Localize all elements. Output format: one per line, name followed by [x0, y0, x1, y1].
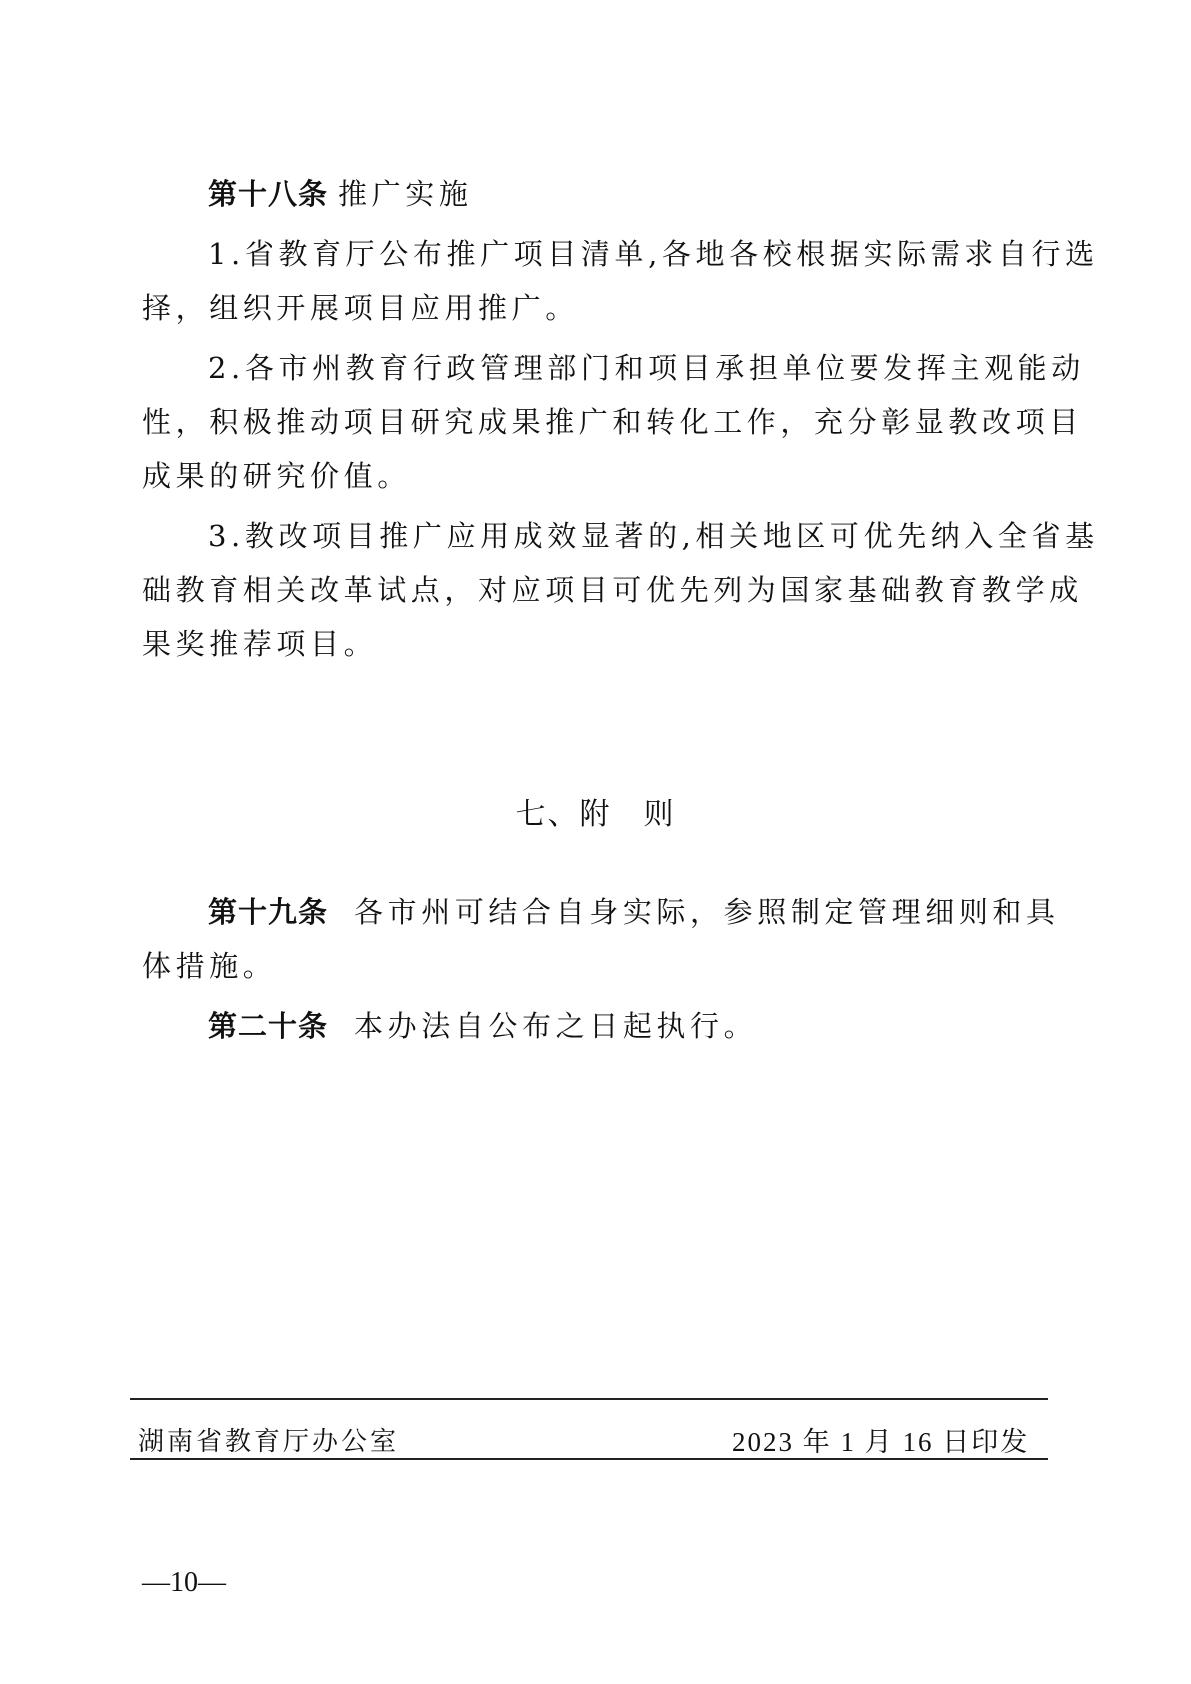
article-18-title: 推广实施 — [338, 177, 472, 211]
article-18-item-2-line-1: 2.各市州教育行政管理部门和项目承担单位要发挥主观能动 — [208, 348, 1128, 388]
document-page: 第十八条推广实施 1.省教育厅公布推广项目清单,各地各校根据实际需求自行选 择，… — [0, 0, 1191, 1684]
article-20-line: 第二十条本办法自公布之日起执行。 — [208, 1006, 1128, 1046]
article-18-number: 第十八条 — [208, 177, 328, 211]
footer-top-rule — [130, 1398, 1048, 1400]
article-18-item-1-line-1: 1.省教育厅公布推广项目清单,各地各校根据实际需求自行选 — [208, 234, 1128, 274]
article-18-item-3-line-2: 础教育相关改革试点，对应项目可优先列为国家基础教育教学成 — [142, 570, 1062, 610]
article-19-number: 第十九条 — [208, 895, 328, 929]
article-20-number: 第二十条 — [208, 1009, 328, 1043]
article-18-heading: 第十八条推广实施 — [208, 174, 1128, 214]
article-19-line-2: 体措施。 — [142, 946, 1062, 986]
footer-issuer: 湖南省教育厅办公室 — [138, 1424, 399, 1460]
article-18-item-3-line-3: 果奖推荐项目。 — [142, 624, 1062, 664]
article-18-item-2-line-3: 成果的研究价值。 — [142, 456, 1062, 496]
article-20-text: 本办法自公布之日起执行。 — [354, 1009, 757, 1043]
article-18-item-3-line-1: 3.教改项目推广应用成效显著的,相关地区可优先纳入全省基 — [208, 516, 1128, 556]
article-18-item-2-line-2: 性，积极推动项目研究成果推广和转化工作，充分彰显教改项目 — [142, 402, 1062, 442]
footer-issue-date: 2023 年 1 月 16 日印发 — [732, 1424, 1029, 1460]
footer-bottom-rule — [130, 1458, 1048, 1460]
section-heading: 七、附 则 — [0, 795, 1191, 835]
page-number: —10— — [142, 1565, 226, 1601]
article-19-text: 各市州可结合自身实际，参照制定管理细则和具 — [354, 895, 1060, 929]
article-19-line-1: 第十九条各市州可结合自身实际，参照制定管理细则和具 — [208, 892, 1128, 932]
article-18-item-1-line-2: 择，组织开展项目应用推广。 — [142, 288, 1062, 328]
